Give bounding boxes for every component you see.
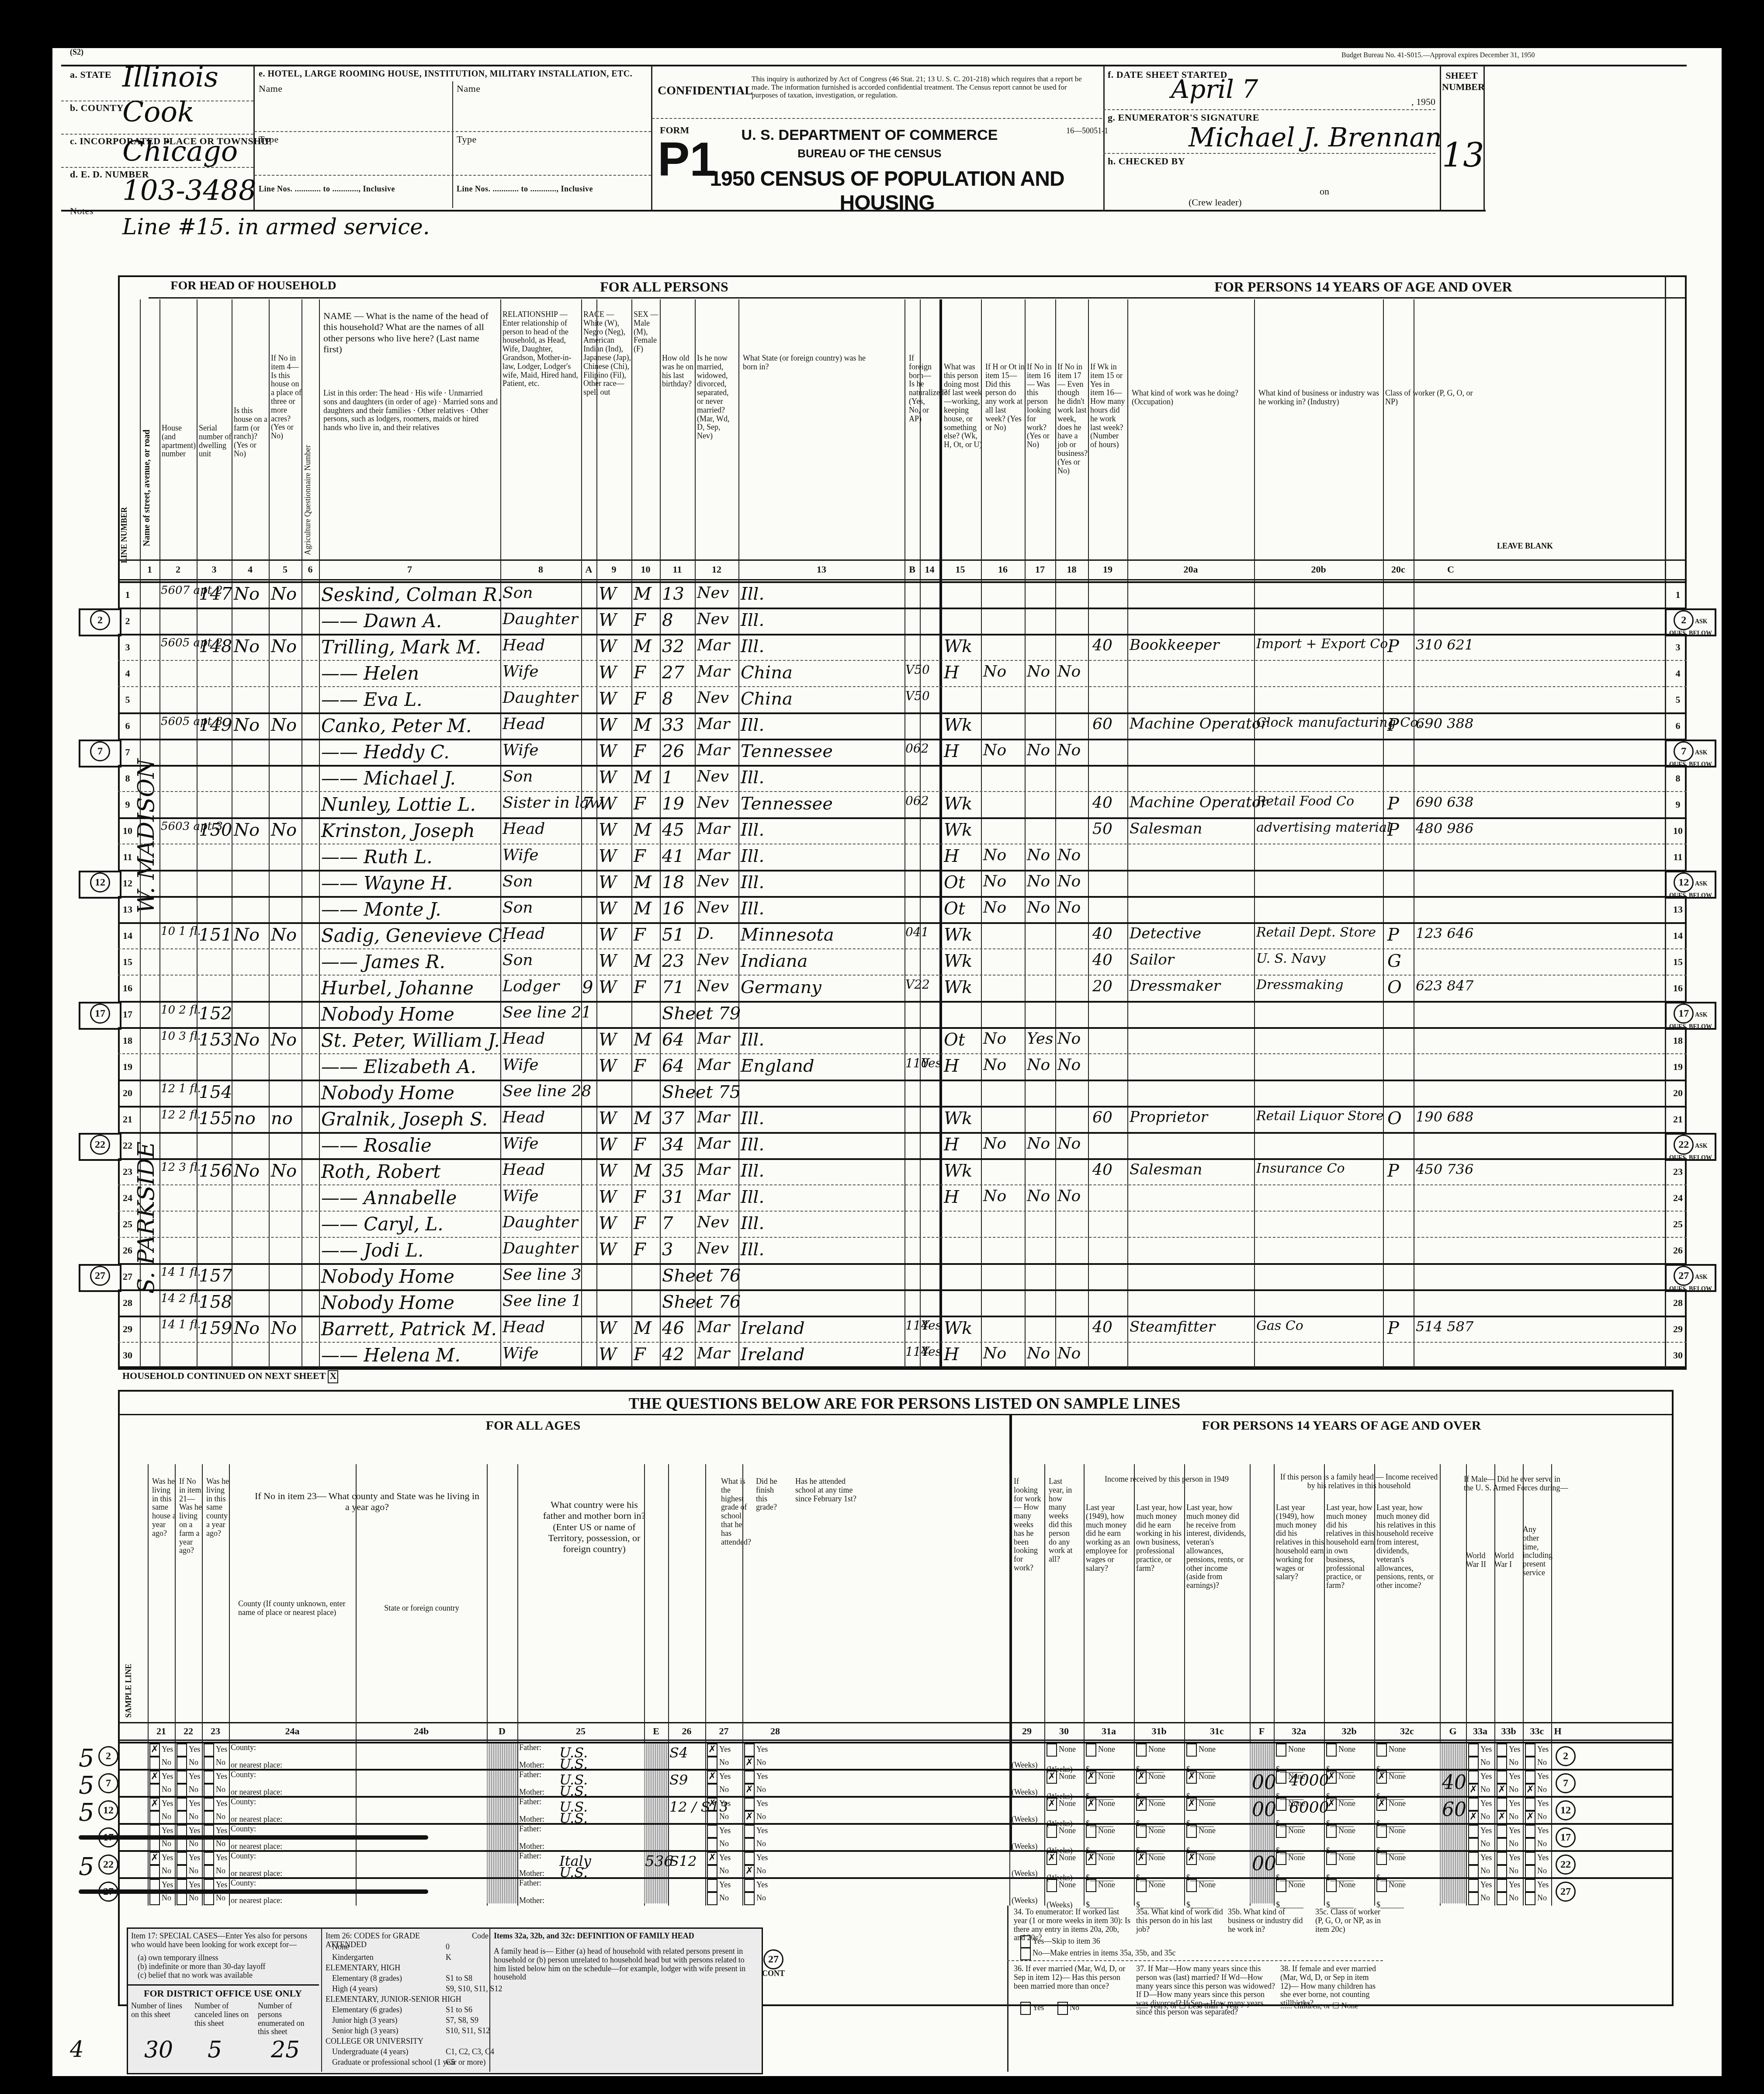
- yes-no-checkbox-c23[interactable]: YesNo: [204, 1852, 227, 1878]
- sample-column-number: 31a: [1084, 1726, 1134, 1737]
- grade-code-value: C1, C2, C3, C4: [446, 2048, 494, 2056]
- cell-birthplace: Ill.: [741, 636, 902, 656]
- cell-birthplace: Ill.: [741, 1108, 902, 1129]
- line-number: 6: [119, 720, 136, 732]
- income-field-c32b[interactable]: None$______: [1326, 1879, 1355, 1910]
- q36-yes[interactable]: Yes: [1020, 2002, 1044, 2015]
- cell-age: 34: [662, 1135, 695, 1155]
- cell-sex: F: [634, 1213, 660, 1233]
- armed-forces-ww1[interactable]: YesNo: [1497, 1825, 1520, 1851]
- cell-name: —— Jodi L.: [321, 1240, 500, 1261]
- line-number-right: 25: [1669, 1219, 1687, 1230]
- cell-birthplace: England: [741, 1056, 902, 1076]
- line-number-right: 5: [1669, 694, 1687, 705]
- district-count-value: 30: [144, 2037, 173, 2063]
- cell-ind: Retail Dept. Store: [1256, 925, 1383, 940]
- line-number-right: 6: [1669, 720, 1687, 732]
- inst-lines-1: Line Nos. ............ to ............, …: [259, 184, 395, 194]
- cell-worked: No: [983, 663, 1022, 681]
- cell-name: Barrett, Patrick M.: [321, 1318, 500, 1340]
- cell-sex: F: [634, 977, 660, 997]
- cell-race: W: [599, 1108, 631, 1129]
- sample-line-circle-right: 22: [1556, 1854, 1576, 1875]
- cell-name: Sadig, Genevieve C.: [321, 925, 500, 946]
- weeks-looking[interactable]: (Weeks): [1012, 1798, 1038, 1823]
- cell-age: Sheet 75: [662, 1082, 695, 1102]
- armed-forces-ww1[interactable]: Yes✗No: [1497, 1771, 1520, 1797]
- sheet-number: 13: [1442, 135, 1481, 174]
- cell-class: P: [1387, 1161, 1414, 1181]
- cell-birthplace: Ireland: [741, 1318, 902, 1338]
- cell-birthplace: Ill.: [741, 1213, 902, 1233]
- column-number: 6: [302, 564, 319, 575]
- on-label: on: [1320, 186, 1329, 197]
- hdr-has-job: If No in item 17— Even though he didn't …: [1057, 363, 1088, 475]
- cell-race: W: [599, 1135, 631, 1155]
- parents-birthplace-labels: Father:Mother:: [519, 1852, 544, 1878]
- inst-lines-2: Line Nos. ............ to ............, …: [457, 184, 593, 194]
- strikeout-line: [79, 1889, 428, 1894]
- cell-activity: Ot: [944, 899, 983, 919]
- cell-marital: Nev: [697, 951, 738, 969]
- cell-sex: F: [634, 1056, 660, 1076]
- income-field-c31a[interactable]: None$______: [1086, 1879, 1115, 1910]
- cell-age: 41: [662, 846, 695, 866]
- sample-line-circle: 12: [98, 1800, 118, 1820]
- yes-no-checkbox-c21[interactable]: ✗YesNo: [149, 1771, 173, 1797]
- hdr-s33c: Any other time, including present servic…: [1523, 1525, 1549, 1577]
- sample-line-circle: 12: [90, 872, 110, 892]
- sample-line-number-right: 2: [1556, 1746, 1576, 1766]
- q37-answer[interactable]: ...... years, or ☐ Less than 1 year: [1136, 2002, 1239, 2011]
- parents-birthplace-labels: Father:Mother:: [519, 1879, 544, 1905]
- armed-forces-ww2[interactable]: YesNo: [1468, 1743, 1492, 1770]
- armed-forces-ww2[interactable]: YesNo: [1468, 1879, 1492, 1905]
- sample-column-number: 31c: [1184, 1726, 1250, 1737]
- grade-code-label: COLLEGE OR UNIVERSITY: [326, 2037, 423, 2046]
- cell-birthplace: Ill.: [741, 1161, 902, 1181]
- armed-forces-ww2[interactable]: Yes✗No: [1468, 1771, 1492, 1797]
- special-case-item: (b) indefinite or more than 30-day layof…: [138, 1962, 317, 1971]
- q38-answer[interactable]: ...... children, or ☐ None: [1280, 2002, 1359, 2011]
- cell-occ: Salesman: [1130, 1161, 1254, 1178]
- armed-forces-other[interactable]: Yes✗No: [1525, 1798, 1549, 1824]
- sample-column-number: 22: [175, 1726, 202, 1737]
- cell-marital: Mar: [697, 636, 738, 654]
- county-label: b. COUNTY: [70, 102, 124, 114]
- cell-activity: H: [944, 1344, 983, 1365]
- relatives-wage-amount: 4000: [1289, 1771, 1329, 1789]
- cell-rel: Daughter: [503, 689, 581, 707]
- cell-race: W: [599, 977, 631, 997]
- highest-grade: S9: [669, 1771, 688, 1788]
- print-code: 16—50051-1: [1066, 127, 1108, 135]
- finished-grade-checkbox[interactable]: ✗YesNo: [707, 1743, 731, 1770]
- cell-race: W: [599, 951, 631, 971]
- cell-rel: Wife: [503, 1187, 581, 1205]
- cell-rel: Son: [503, 951, 581, 969]
- cell-sex: M: [634, 636, 660, 656]
- ed-value: 103-3488: [122, 175, 256, 207]
- cell-worked: No: [983, 741, 1022, 759]
- leave-blank-f: 00: [1252, 1853, 1276, 1875]
- cell-worked: No: [983, 899, 1022, 917]
- cell-race: W: [599, 1318, 631, 1338]
- hdr-s24: If No in item 23— What county and State …: [253, 1490, 481, 1513]
- county-field[interactable]: County:or nearest place:: [231, 1852, 282, 1878]
- sample-line-tag-left: 12: [79, 871, 121, 899]
- cell-activity: Wk: [944, 951, 983, 971]
- cell-sex: F: [634, 925, 660, 945]
- line-number-right: 29: [1669, 1323, 1687, 1335]
- cell-race: W: [599, 1030, 631, 1050]
- column-number: 7: [319, 564, 500, 575]
- hdr-line-number: LINE NUMBER: [120, 507, 138, 563]
- cell-race: W: [599, 636, 631, 656]
- sample-column-number: 33c: [1523, 1726, 1551, 1737]
- cell-race: W: [599, 741, 631, 761]
- armed-forces-ww1[interactable]: Yes✗No: [1497, 1798, 1520, 1824]
- leave-blank-f: 00: [1252, 1799, 1276, 1821]
- district-count-label: Number of canceled lines on this sheet: [194, 2002, 251, 2028]
- household-continued-checkbox[interactable]: X: [328, 1370, 338, 1383]
- cell-name: —— Heddy C.: [321, 741, 500, 763]
- cell-sex: M: [634, 1318, 660, 1338]
- cell-occ: Detective: [1130, 925, 1254, 942]
- line-number: 4: [119, 668, 136, 679]
- line-number: 7: [119, 747, 136, 758]
- grade-code-label: Elementary (8 grades): [332, 1974, 402, 1983]
- cell-rel: See line 28: [503, 1082, 581, 1100]
- county-field[interactable]: County:or nearest place:: [231, 1798, 282, 1823]
- grade-code-value: C5: [446, 2058, 455, 2067]
- cell-c: 190 688: [1416, 1108, 1488, 1125]
- sample-column-number: 28: [742, 1726, 808, 1737]
- hdr-sex: SEX — Male (M), Female (F): [634, 310, 660, 354]
- attended-school-checkbox[interactable]: Yes✗No: [744, 1743, 768, 1770]
- table-row: 212112 2 fl.155nonoGralnik, Joseph S.Hea…: [52, 1106, 1722, 1135]
- table-row: 2626—— Jodi L.DaughterWF3NevIll.: [52, 1237, 1722, 1266]
- cell-hours: 40: [1092, 1161, 1127, 1179]
- attended-school-checkbox[interactable]: Yes✗No: [744, 1771, 768, 1797]
- cell-rel: Head: [503, 1161, 581, 1179]
- table-row: 2222—— RosalieWifeWF34MarIll.HNoNoNo: [52, 1132, 1722, 1161]
- line-number: 11: [119, 851, 136, 863]
- cell-birthplace: Ill.: [741, 872, 902, 892]
- line-number-right: 26: [1669, 1245, 1687, 1256]
- sample-line-circle: 7: [1674, 741, 1694, 761]
- table-row: 22—— Dawn A.DaughterWF8NevIll.: [52, 608, 1722, 637]
- line-number: 19: [119, 1061, 136, 1073]
- hdr-s30: Last year, in how many weeks did this pe…: [1049, 1477, 1079, 1564]
- armed-forces-other[interactable]: YesNo: [1525, 1852, 1549, 1878]
- cell-house: 12 1 fl.: [161, 1082, 196, 1095]
- cell-name: Hurbel, Johanne: [321, 977, 500, 999]
- hdr-street: Name of street, avenue, or road: [142, 319, 152, 546]
- cell-marital: Mar: [697, 1056, 738, 1074]
- yes-no-checkbox-c23[interactable]: YesNo: [204, 1798, 227, 1824]
- cell-birthplace: China: [741, 689, 902, 709]
- cell-c: 310 621: [1416, 636, 1488, 653]
- cell-rel: Head: [503, 820, 581, 838]
- armed-forces-ww2[interactable]: YesNo: [1468, 1825, 1492, 1851]
- yes-no-checkbox-c22[interactable]: YesNo: [177, 1743, 200, 1770]
- cell-acres: No: [271, 1161, 302, 1181]
- armed-forces-ww2[interactable]: Yes✗No: [1468, 1798, 1492, 1824]
- attended-school-checkbox[interactable]: Yes✗No: [744, 1798, 768, 1824]
- column-number: C: [1414, 564, 1488, 575]
- yes-no-checkbox-c23[interactable]: YesNo: [204, 1743, 227, 1770]
- cell-race: W: [599, 1213, 631, 1233]
- section-head-of-household: FOR HEAD OF HOUSEHOLD: [162, 279, 345, 293]
- grade-code-value: K: [446, 1953, 451, 1962]
- relatives-wage-amount: 6000: [1289, 1799, 1329, 1816]
- yes-no-checkbox-c21[interactable]: ✗YesNo: [149, 1798, 173, 1824]
- cell-hours: 40: [1092, 925, 1127, 943]
- weeks-looking[interactable]: (Weeks): [1012, 1771, 1038, 1796]
- cell-age: 13: [662, 584, 695, 604]
- income-field-c31c[interactable]: None$______: [1186, 1879, 1216, 1910]
- bureau: BUREAU OF THE CENSUS: [734, 147, 1005, 160]
- table-row: 10105603 apt 3150NoNoKrinston, JosephHea…: [52, 817, 1722, 847]
- attended-school-checkbox[interactable]: YesNo: [744, 1825, 768, 1851]
- district-count-value: 25: [271, 2037, 300, 2063]
- column-number: 12: [695, 564, 738, 575]
- cell-looking: No: [1027, 1187, 1055, 1205]
- line-number: 29: [119, 1323, 136, 1335]
- strikeout-line: [79, 1835, 428, 1840]
- sample-line-circle: 17: [90, 1004, 110, 1024]
- cell-rel: Head: [503, 1030, 581, 1048]
- hdr-s26: What is the highest grade of school that…: [721, 1477, 752, 1546]
- cell-sex: M: [634, 899, 660, 919]
- sample-column-number: G: [1440, 1726, 1466, 1737]
- cell-marital: Nev: [697, 1240, 738, 1257]
- cell-age: 35: [662, 1161, 695, 1181]
- weeks-looking[interactable]: (Weeks): [1012, 1852, 1038, 1878]
- district-count-value: 5: [208, 2037, 222, 2063]
- cell-rel: Wife: [503, 741, 581, 759]
- attended-school-checkbox[interactable]: YesNo: [744, 1879, 768, 1905]
- hdr-farm: Is this house on a farm (or ranch)? (Yes…: [234, 406, 269, 458]
- cell-age: 23: [662, 951, 695, 971]
- cell-name: Nobody Home: [321, 1266, 500, 1287]
- cell-looking: No: [1027, 1056, 1055, 1074]
- hdr-s32a: Last year (1949), how much money did his…: [1276, 1504, 1324, 1581]
- sample-column-number: D: [487, 1726, 517, 1737]
- line-number-right: 28: [1669, 1297, 1687, 1309]
- q34-yes[interactable]: Yes—Skip to item 36: [1020, 1935, 1100, 1948]
- cell-age: Sheet 76: [662, 1266, 695, 1286]
- cell-birthplace: Ill.: [741, 1030, 902, 1050]
- cell-house: 10 3 fl.: [161, 1030, 196, 1043]
- cell-birthplace: Ill.: [741, 846, 902, 866]
- finished-grade-checkbox[interactable]: ✗YesNo: [707, 1798, 731, 1824]
- cell-rel: Daughter: [503, 1240, 581, 1257]
- table-row: 1515—— James R.SonWM23NevIndianaWk40Sail…: [52, 948, 1722, 978]
- q34-no[interactable]: No—Make entries in items 35a, 35b, and 3…: [1020, 1947, 1175, 1960]
- line-number: 2: [119, 615, 136, 627]
- armed-forces-other[interactable]: Yes✗No: [1525, 1771, 1549, 1797]
- sample-line-tag-left: 22: [79, 1133, 121, 1161]
- cell-hours: 20: [1092, 977, 1127, 995]
- yes-no-checkbox-c22[interactable]: YesNo: [177, 1852, 200, 1878]
- armed-forces-other[interactable]: YesNo: [1525, 1825, 1549, 1851]
- sample-line-circle: 27: [1674, 1266, 1694, 1286]
- cell-birthplace: Ill.: [741, 899, 902, 919]
- cell-race: W: [599, 1056, 631, 1076]
- cell-rel: Head: [503, 636, 581, 654]
- cell-house: 10 1 fl.: [161, 925, 196, 938]
- table-row: 335605 apt 2148NoNoTrilling, Mark M.Head…: [52, 634, 1722, 663]
- income-field-c31b[interactable]: None$______: [1136, 1879, 1165, 1910]
- finished-grade-checkbox[interactable]: ✗YesNo: [707, 1771, 731, 1797]
- column-number: 9: [596, 564, 631, 575]
- cell-looking: No: [1027, 1344, 1055, 1362]
- sample-column-number: 32c: [1374, 1726, 1440, 1737]
- cell-occ: Machine Operator: [1130, 794, 1254, 811]
- cell-occ: Dressmaker: [1130, 977, 1254, 995]
- line-number: 15: [119, 956, 136, 968]
- hdr-s24a: County (If county unknown, enter name of…: [238, 1600, 352, 1617]
- cell-activity: H: [944, 1187, 983, 1207]
- grade-code-label: Undergraduate (4 years): [332, 2048, 409, 2056]
- sample-line-circle: 7: [98, 1773, 118, 1793]
- table-row: 232312 3 fl.156NoNoRoth, RobertHeadWM35M…: [52, 1158, 1722, 1188]
- armed-forces-ww1[interactable]: YesNo: [1497, 1743, 1520, 1770]
- grade-code-value: S10, S11, S12: [446, 2027, 490, 2035]
- cell-name: —— Eva L.: [321, 689, 500, 710]
- hdr-s32b: Last year, how much money did his relati…: [1326, 1504, 1374, 1590]
- cell-rel: Wife: [503, 846, 581, 864]
- line-number: 20: [119, 1087, 136, 1099]
- table-row: 282814 2 fl.158Nobody HomeSee line 1Shee…: [52, 1289, 1722, 1319]
- weeks-looking[interactable]: (Weeks): [1012, 1879, 1038, 1905]
- cell-sex: F: [634, 610, 660, 630]
- cell-house: 12 2 fl.: [161, 1108, 196, 1122]
- cell-looking: No: [1027, 1135, 1055, 1153]
- yes-no-checkbox-c23[interactable]: YesNo: [204, 1771, 227, 1797]
- yes-no-checkbox-c22[interactable]: YesNo: [177, 1798, 200, 1824]
- cell-birthplace: Ill.: [741, 820, 902, 840]
- cell-birthplace: Germany: [741, 977, 902, 997]
- cell-activity: H: [944, 1135, 983, 1155]
- income-field-c32a[interactable]: None$______: [1276, 1879, 1305, 1910]
- cell-race: W: [599, 846, 631, 866]
- cell-birthplace: China: [741, 663, 902, 683]
- cell-serial: 150: [199, 820, 232, 840]
- table-row: 181810 3 fl.153NoNoSt. Peter, William J.…: [52, 1027, 1722, 1056]
- cell-c: 123 646: [1416, 925, 1488, 941]
- cell-rel: Son: [503, 872, 581, 890]
- column-number: 20a: [1127, 564, 1254, 575]
- line-number: 5: [119, 694, 136, 705]
- cell-activity: Ot: [944, 1030, 983, 1050]
- cell-rel: Head: [503, 925, 581, 943]
- table-row: 3030—— Helena M.WifeWF42MarIreland114Yes…: [52, 1342, 1722, 1371]
- attended-school-checkbox[interactable]: Yes✗No: [744, 1852, 768, 1878]
- cell-marital: Mar: [697, 715, 738, 733]
- cell-activity: H: [944, 846, 983, 866]
- yes-no-checkbox-c21[interactable]: ✗YesNo: [149, 1743, 173, 1770]
- sample-row: 522✗YesNoYesNoYesNoCounty:or nearest pla…: [52, 1850, 1722, 1877]
- weeks-looking[interactable]: (Weeks): [1012, 1743, 1038, 1769]
- cell-name: St. Peter, William J.: [321, 1030, 500, 1051]
- cell-age: 18: [662, 872, 695, 892]
- sample-column-number: 24a: [229, 1726, 356, 1737]
- date-value: April 7: [1171, 74, 1258, 104]
- table-row: 272714 1 fl.157Nobody HomeSee line 3Shee…: [52, 1263, 1722, 1292]
- cell-race: W: [599, 689, 631, 709]
- cell-worked: No: [983, 1030, 1022, 1048]
- district-count-label: Number of lines on this sheet: [131, 2002, 188, 2019]
- q36-no[interactable]: No: [1057, 2002, 1079, 2015]
- special-cases-title: Item 17: SPECIAL CASES—Enter Yes also fo…: [131, 1932, 315, 1949]
- cell-race: W: [599, 584, 631, 604]
- sample-column-number: 30: [1044, 1726, 1084, 1737]
- cell-rel: See line 1: [503, 1292, 581, 1310]
- sample-line-number-right: 17: [1556, 1827, 1576, 1847]
- cell-farm: No: [234, 584, 269, 604]
- cell-rel: Son: [503, 899, 581, 917]
- cell-class: O: [1387, 977, 1414, 997]
- sample-line-number-right: 12: [1556, 1800, 1576, 1820]
- sample-row: 27YesNoYesNoYesNoCounty:or nearest place…: [52, 1877, 1722, 1904]
- finished-grade-checkbox[interactable]: YesNo: [707, 1825, 731, 1851]
- grade-codes-code-label: Code: [472, 1932, 489, 1941]
- cell-birthplace: Ill.: [741, 1135, 902, 1155]
- line-number-right: 16: [1669, 983, 1687, 994]
- cell-marital: Nev: [697, 794, 738, 812]
- finished-grade-checkbox[interactable]: ✗YesNo: [707, 1852, 731, 1878]
- income-field-c30[interactable]: None(Weeks): [1047, 1879, 1076, 1910]
- sample-column-number: 24b: [356, 1726, 487, 1737]
- cell-serial: 154: [199, 1082, 232, 1102]
- cell-rel: Head: [503, 1318, 581, 1336]
- sample-column-number: 23: [202, 1726, 229, 1737]
- ask-questions-tag-right: 12 ASK QUES. BELOW: [1665, 871, 1716, 899]
- cell-class: P: [1387, 636, 1414, 656]
- cell-looking: No: [1027, 663, 1055, 681]
- armed-forces-other[interactable]: YesNo: [1525, 1743, 1549, 1770]
- armed-forces-other[interactable]: YesNo: [1525, 1879, 1549, 1905]
- armed-forces-ww1[interactable]: YesNo: [1497, 1852, 1520, 1878]
- armed-forces-ww1[interactable]: YesNo: [1497, 1879, 1520, 1905]
- cell-serial: 158: [199, 1292, 232, 1312]
- county-field[interactable]: County:or nearest place:: [231, 1771, 282, 1796]
- armed-forces-ww2[interactable]: YesNo: [1468, 1852, 1492, 1878]
- finished-grade-checkbox[interactable]: YesNo: [707, 1879, 731, 1905]
- cell-marital: Mar: [697, 1318, 738, 1336]
- weeks-looking[interactable]: (Weeks): [1012, 1825, 1038, 1851]
- line-number-right: 21: [1669, 1114, 1687, 1125]
- cell-name: Nobody Home: [321, 1082, 500, 1104]
- cell-name: Seskind, Colman R.: [321, 584, 500, 605]
- sample-line-number-right: 22: [1556, 1854, 1576, 1875]
- cell-hours: 40: [1092, 951, 1127, 969]
- cell-looking: No: [1027, 846, 1055, 864]
- cell-worked: No: [983, 1344, 1022, 1362]
- cell-age: 8: [662, 610, 695, 630]
- income-field-c32c[interactable]: None$______: [1376, 1879, 1406, 1910]
- cell-occ: Steamfitter: [1130, 1318, 1254, 1336]
- sample-row: 512✗YesNoYesNoYesNoCounty:or nearest pla…: [52, 1796, 1722, 1823]
- yes-no-checkbox-c22[interactable]: YesNo: [177, 1771, 200, 1797]
- cell-hours: 40: [1092, 636, 1127, 654]
- yes-no-checkbox-c21[interactable]: ✗YesNo: [149, 1852, 173, 1878]
- family-head-title: Items 32a, 32b, and 32c: DEFINITION OF F…: [494, 1932, 756, 1941]
- county-field[interactable]: County:or nearest place:: [231, 1743, 282, 1769]
